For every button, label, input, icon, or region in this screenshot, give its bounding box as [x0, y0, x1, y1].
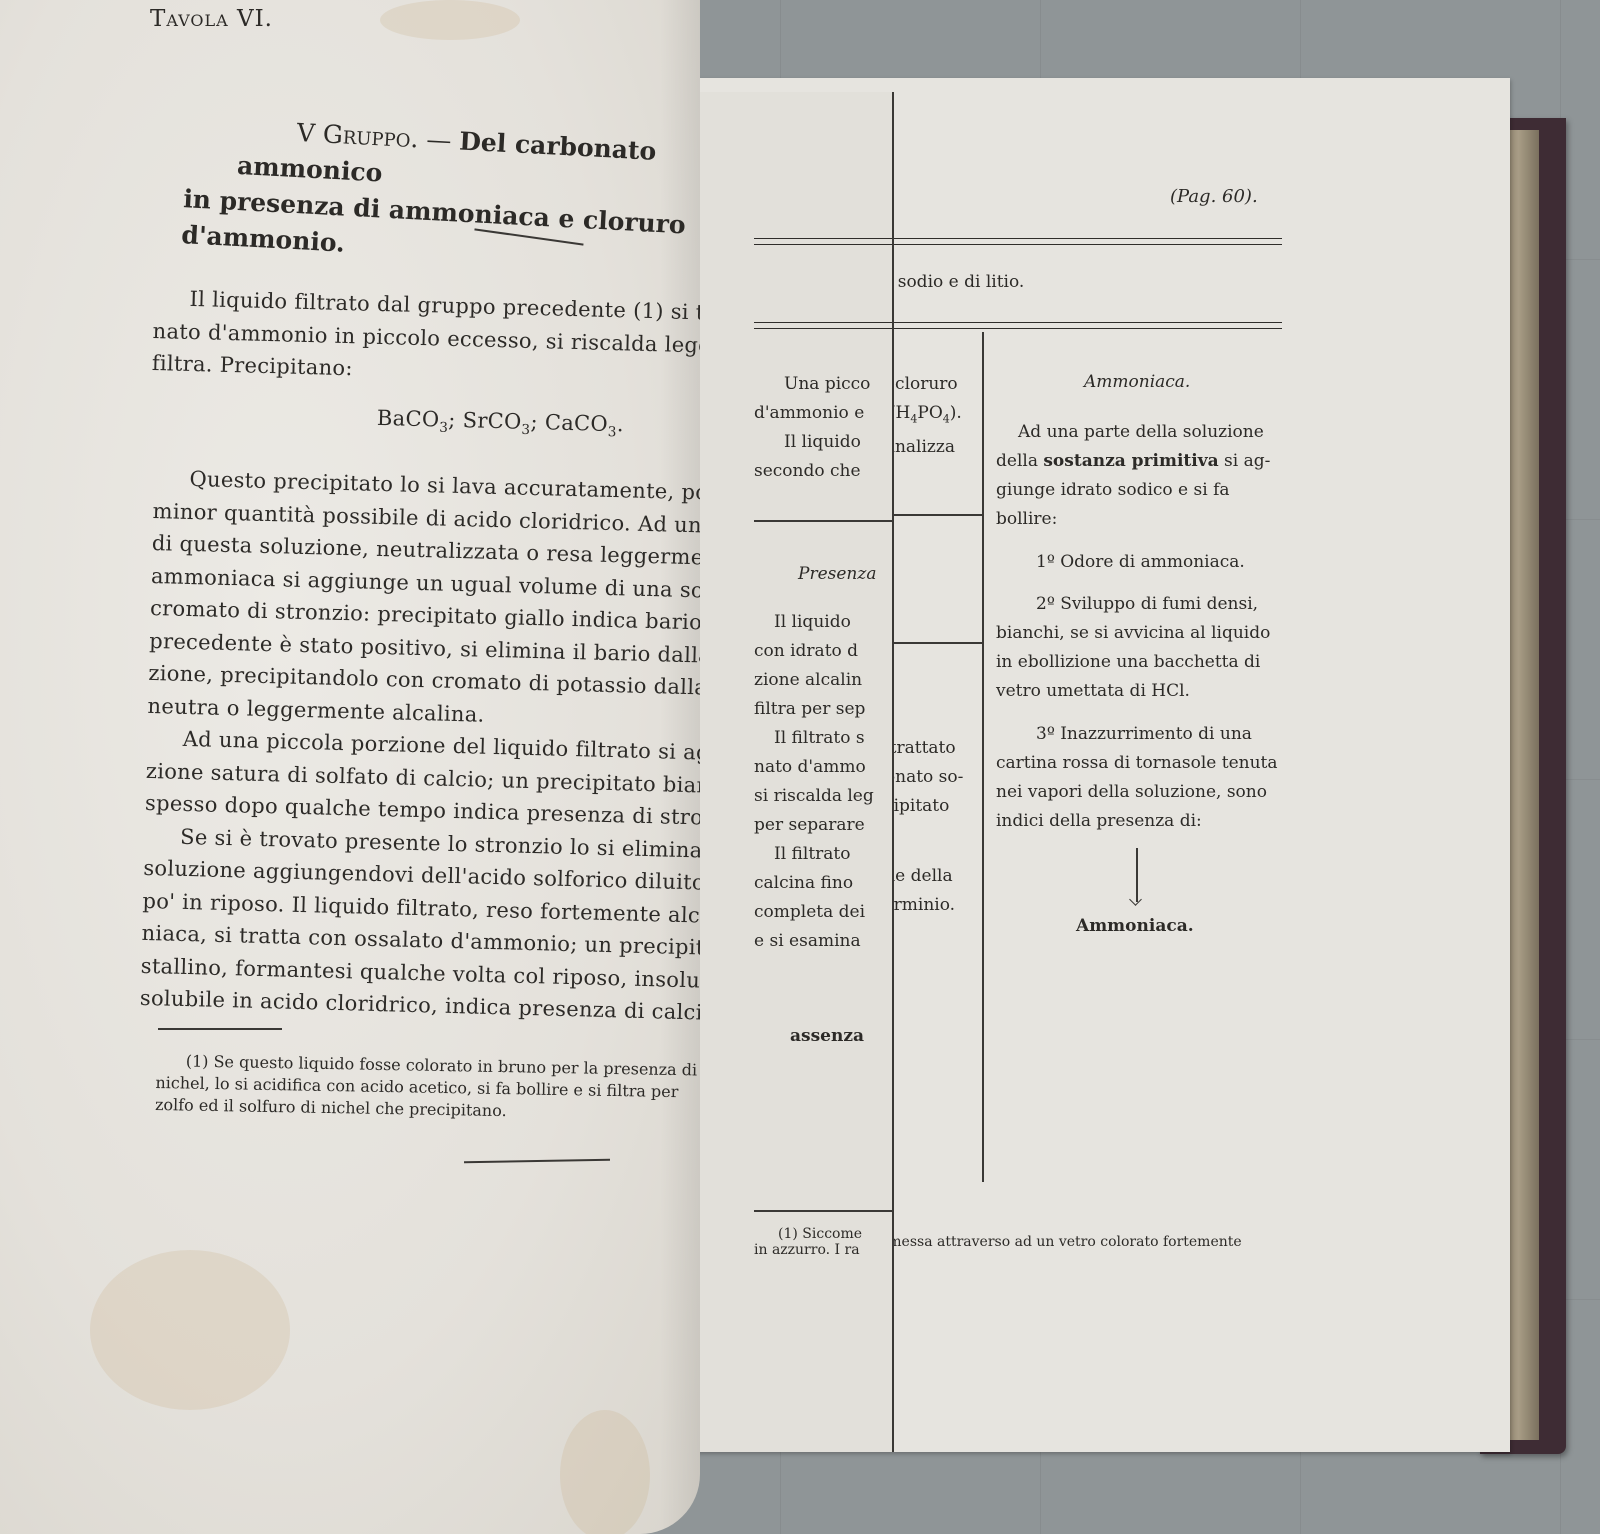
- panel-para-2: Il liquido con idrato d zione alcalin fi…: [754, 608, 890, 956]
- end-rule: [464, 1159, 610, 1163]
- right-footnote-text: emessa attraverso ad un vetro colorato f…: [880, 1234, 1242, 1250]
- paper-stain: [560, 1410, 650, 1534]
- header-text: di sodio e di litio.: [876, 268, 1024, 297]
- fold-out-panel: Una picco d'ammonio e Il liquido secondo…: [694, 92, 894, 1452]
- page-reference: (Pag. 60).: [1170, 182, 1258, 211]
- ammonia-result: Ammoniaca.: [1076, 912, 1194, 941]
- paragraph-2: Questo precipitato lo si lava accuratame…: [140, 462, 694, 1028]
- column-divider: [982, 332, 984, 1182]
- ammonia-intro: Ad una parte della soluzione della sosta…: [996, 418, 1292, 534]
- paper-stain: [380, 0, 520, 40]
- panel-double-rule-top: [754, 238, 892, 245]
- page-block-edge: [1505, 130, 1539, 1440]
- ammonia-title: Ammoniaca.: [1084, 368, 1190, 397]
- panel-footnote-rule: [754, 1210, 892, 1212]
- panel-para-1: Una picco d'ammonio e Il liquido secondo…: [754, 370, 890, 486]
- presence-label: Presenza: [798, 560, 876, 589]
- right-page-tavola-vii: Tavola VII. (Pag. 60). di sodio e di lit…: [694, 78, 1510, 1452]
- left-page-tavola-vi: Tavola VI. V Gruppo. — Del carbonato amm…: [0, 0, 700, 1534]
- panel-rule-1: [754, 520, 892, 522]
- precipitate-formula: BaCO3; SrCO3; CaCO3.: [150, 395, 691, 450]
- panel-footnote: (1) Siccome in azzurro. I ra: [754, 1226, 890, 1258]
- ammonia-test-3: 3º Inazzurrimento di una cartina rossa d…: [996, 720, 1292, 836]
- paper-stain: [90, 1250, 290, 1410]
- panel-double-rule-bottom: [754, 322, 892, 329]
- absence-label: assenza: [790, 1022, 864, 1051]
- section-heading: V Gruppo. — Del carbonato ammonico in pr…: [232, 112, 699, 280]
- down-arrow-icon: [1136, 848, 1138, 902]
- running-head-left: Tavola VI.: [150, 6, 273, 32]
- ammonia-test-2: 2º Sviluppo di fumi densi, bianchi, se s…: [996, 590, 1292, 706]
- left-footnote: (1) Se questo liquido fosse colorato in …: [155, 1050, 686, 1125]
- footnote-rule: [158, 1028, 282, 1030]
- ammonia-test-1: 1º Odore di ammoniaca.: [996, 548, 1292, 577]
- paragraph-1: Il liquido filtrato dal gruppo precedent…: [150, 282, 694, 462]
